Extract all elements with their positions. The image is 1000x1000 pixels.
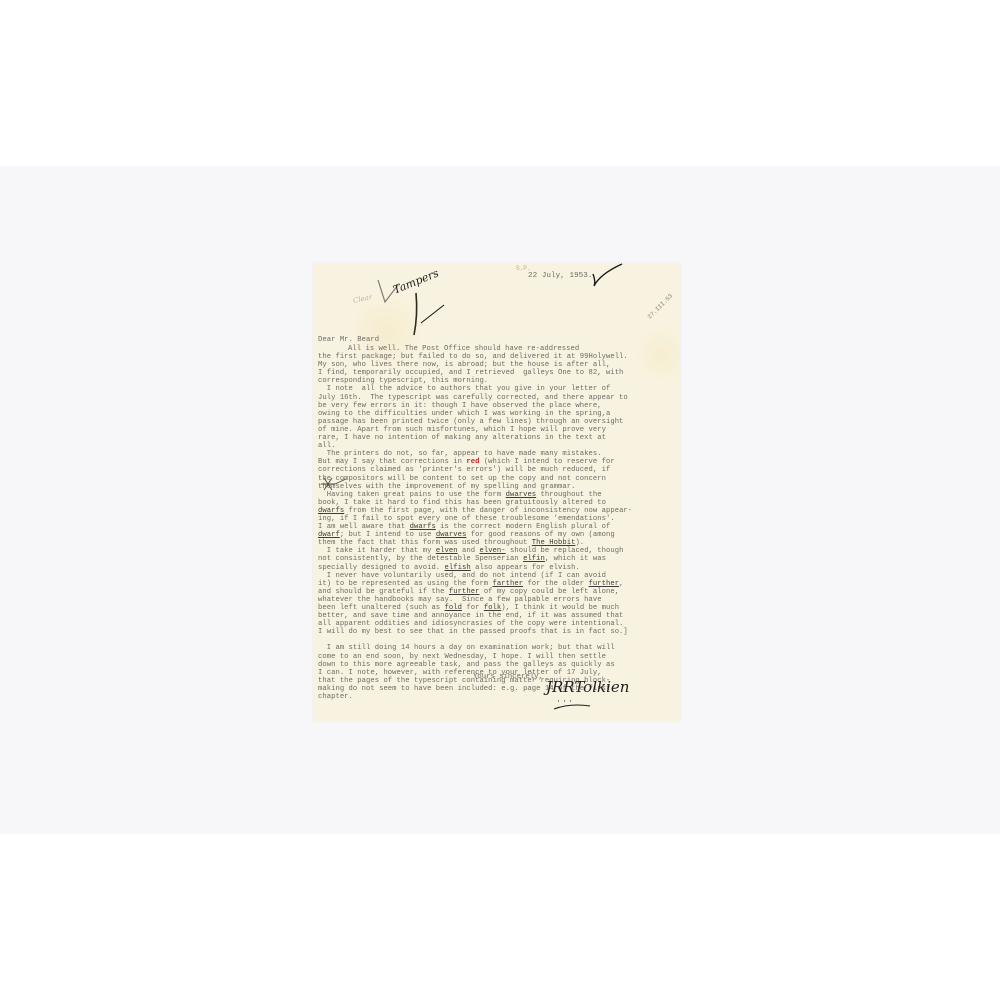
letter-line: I am still doing 14 hours a day on exami… — [318, 644, 632, 652]
letter-line: and should be grateful if the further of… — [318, 588, 632, 596]
letter-line: I will do my best to see that in the pas… — [318, 628, 632, 636]
letter-line: passage has been printed twice (only a f… — [318, 418, 632, 426]
letter-line: corresponding typescript, this morning. — [318, 377, 632, 385]
red-ink-word: red — [466, 458, 479, 466]
letter-line: been left unaltered (such as fold for fo… — [318, 604, 632, 612]
letter-line: them the fact that this form was used th… — [318, 539, 632, 547]
letter-line: I note all the advice to authors that yo… — [318, 385, 632, 393]
letter-body: All is well. The Post Office should have… — [318, 345, 632, 701]
letter-line: of mine. Apart from such misfortunes, wh… — [318, 426, 632, 434]
letter-line: The printers do not, so far, appear to h… — [318, 450, 632, 458]
letter-line — [318, 636, 632, 644]
letter-line: Having taken great pains to use the form… — [318, 491, 632, 499]
letter-line: I take it harder that my elven and elven… — [318, 547, 632, 555]
letter-line: it) to be represented as using the form … — [318, 580, 632, 588]
letter-line: dwarfs from the first page, with the dan… — [318, 507, 632, 515]
letter-line: I am well aware that dwarfs is the corre… — [318, 523, 632, 531]
letter-line: dwarf; but I intend to use dwarves for g… — [318, 531, 632, 539]
letter-line: be very few errors in it: though I have … — [318, 402, 632, 410]
letter-line: better, and save time and annoyance in t… — [318, 612, 632, 620]
letter-date: 22 July, 1953. — [528, 272, 593, 280]
letter-line: rare, I have no intention of making any … — [318, 434, 632, 442]
letter-line: ing, if I fail to spot every one of thes… — [318, 515, 632, 523]
letter-line: All is well. The Post Office should have… — [318, 345, 632, 353]
letter-line: all. — [318, 442, 632, 450]
letter-line: I find, temporarily occupied, and I retr… — [318, 369, 632, 377]
letter-line: But may I say that corrections in red (w… — [318, 458, 632, 466]
letter-line: down to this more agreeable task, and pa… — [318, 661, 632, 669]
letter-line: themselves with the improvement of my sp… — [318, 483, 632, 491]
salutation: Dear Mr. Beard — [318, 336, 379, 344]
letter-line: July 16th. The typescript was carefully … — [318, 394, 632, 402]
letter-line: My son, who lives there now, is abroad; … — [318, 361, 632, 369]
letter-line: not consistently, by the detestable Spen… — [318, 555, 632, 563]
letter-line: all apparent oddities and idiosyncrasies… — [318, 620, 632, 628]
letter-line: the compositors will be content to set u… — [318, 475, 632, 483]
letter-line: corrections claimed as 'printer's errors… — [318, 466, 632, 474]
letter-line: specially designed to avoid. elfish also… — [318, 564, 632, 572]
letter-line: owing to the difficulties under which I … — [318, 410, 632, 418]
letter-line: the first package; but failed to do so, … — [318, 353, 632, 361]
signature: JRRTolkien — [546, 678, 629, 696]
letter-line: whatever the handbooks may say. Since a … — [318, 596, 632, 604]
letter-line: come to an end soon, by next Wednesday, … — [318, 653, 632, 661]
letter-line: I never have voluntarily used, and do no… — [318, 572, 632, 580]
letter-line: book, I take it hard to find this has be… — [318, 499, 632, 507]
closing: Yours sincerely, — [473, 673, 543, 681]
